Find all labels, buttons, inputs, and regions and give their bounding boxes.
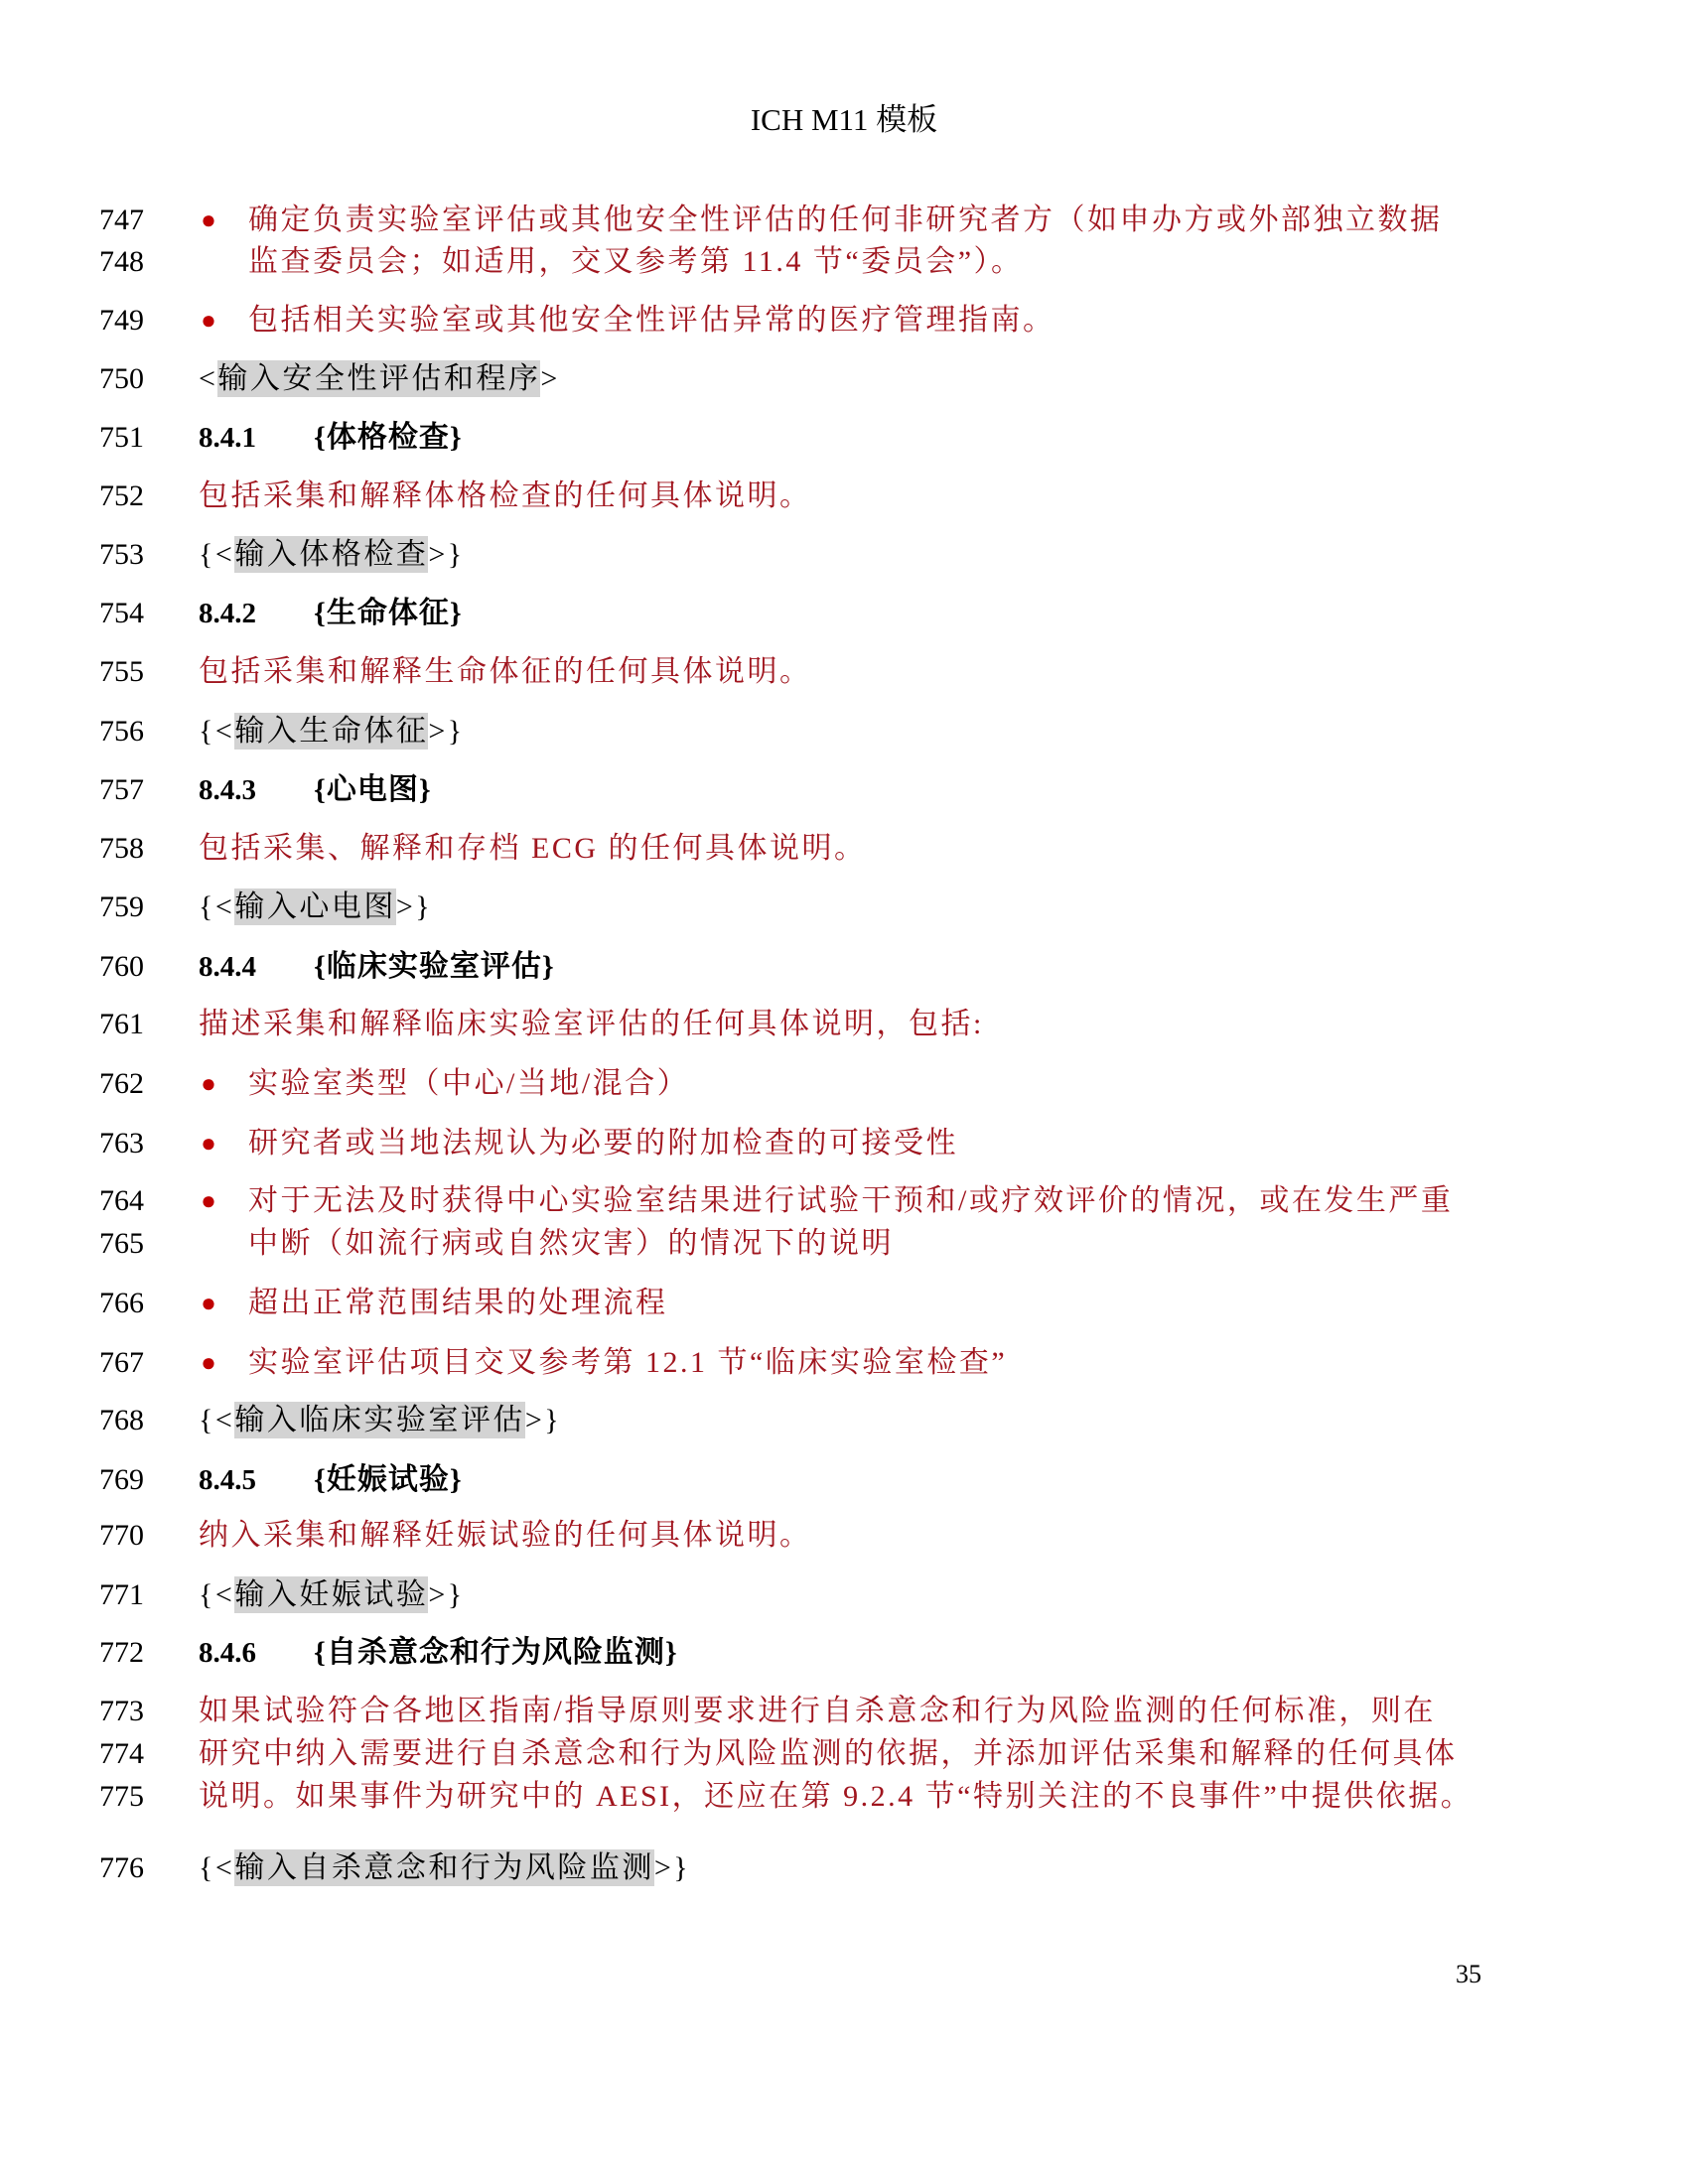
line-number: 761: [99, 1004, 169, 1045]
placeholder-text[interactable]: 输入安全性评估和程序: [217, 360, 540, 397]
bullet-text: 对于无法及时获得中心实验室结果进行试验干预和/或疗效评价的情况，或在发生严重: [248, 1180, 1453, 1222]
placeholder-open: {<: [199, 1404, 234, 1436]
instruction-text: 研究中纳入需要进行自杀意念和行为风险监测的依据，并添加评估采集和解释的任何具体: [199, 1733, 1458, 1775]
line-number: 775: [99, 1776, 169, 1818]
section-number: 8.4.1: [199, 417, 256, 459]
line-749: 749 ● 包括相关实验室或其他安全性评估异常的医疗管理指南。: [0, 300, 1688, 341]
page-header: ICH M11 模板: [0, 100, 1688, 140]
line-number: 749: [99, 300, 169, 341]
line-771: 771 {<输入妊娠试验>}: [0, 1574, 1688, 1616]
placeholder-close: >}: [525, 1404, 561, 1436]
line-number: 751: [99, 417, 169, 459]
line-number: 765: [99, 1223, 169, 1265]
line-762: 762 ● 实验室类型（中心/当地/混合）: [0, 1063, 1688, 1105]
line-number: 760: [99, 946, 169, 988]
line-number: 752: [99, 476, 169, 517]
line-765: 765 中断（如流行病或自然灾害）的情况下的说明: [0, 1223, 1688, 1265]
line-number: 754: [99, 593, 169, 634]
line-752: 752 包括采集和解释体格检查的任何具体说明。: [0, 476, 1688, 517]
line-number: 763: [99, 1123, 169, 1164]
line-number: 768: [99, 1400, 169, 1441]
bullet-text-continued: 中断（如流行病或自然灾害）的情况下的说明: [248, 1223, 894, 1265]
line-number: 776: [99, 1847, 169, 1889]
bullet-text: 包括相关实验室或其他安全性评估异常的医疗管理指南。: [248, 300, 1055, 341]
line-775: 775 说明。如果事件为研究中的 AESI，还应在第 9.2.4 节“特别关注的…: [0, 1776, 1688, 1818]
line-number: 773: [99, 1691, 169, 1732]
section-number: 8.4.2: [199, 593, 256, 634]
line-number: 755: [99, 651, 169, 693]
line-number: 772: [99, 1632, 169, 1674]
line-774: 774 研究中纳入需要进行自杀意念和行为风险监测的依据，并添加评估采集和解释的任…: [0, 1733, 1688, 1775]
line-766: 766 ● 超出正常范围结果的处理流程: [0, 1283, 1688, 1324]
line-759: 759 {<输入心电图>}: [0, 887, 1688, 928]
placeholder-close: >}: [428, 715, 464, 748]
bullet-icon: ●: [197, 1283, 220, 1324]
section-number: 8.4.5: [199, 1459, 256, 1501]
line-number: 759: [99, 887, 169, 928]
line-number: 750: [99, 358, 169, 400]
placeholder-close: >}: [428, 538, 464, 571]
instruction-text: 纳入采集和解释妊娠试验的任何具体说明。: [199, 1515, 812, 1557]
instruction-text: 描述采集和解释临床实验室评估的任何具体说明，包括:: [199, 1004, 984, 1045]
bullet-text: 确定负责实验室评估或其他安全性评估的任何非研究者方（如申办方或外部独立数据: [248, 200, 1443, 241]
line-number: 747: [99, 200, 169, 241]
placeholder-open: {<: [199, 1578, 234, 1611]
line-number: 767: [99, 1342, 169, 1384]
line-763: 763 ● 研究者或当地法规认为必要的附加检查的可接受性: [0, 1123, 1688, 1164]
placeholder-open: <: [199, 362, 217, 395]
line-748: 748 监查委员会；如适用，交叉参考第 11.4 节“委员会”）。: [0, 241, 1688, 283]
line-number: 762: [99, 1063, 169, 1105]
placeholder-text[interactable]: 输入临床实验室评估: [234, 1402, 525, 1438]
placeholder-open: {<: [199, 538, 234, 571]
bullet-text-continued: 监查委员会；如适用，交叉参考第 11.4 节“委员会”）。: [248, 241, 1024, 283]
placeholder-field[interactable]: <输入安全性评估和程序>: [199, 358, 560, 400]
line-753: 753 {<输入体格检查>}: [0, 534, 1688, 576]
placeholder-open: {<: [199, 715, 234, 748]
line-number: 753: [99, 534, 169, 576]
placeholder-field[interactable]: {<输入临床实验室评估>}: [199, 1400, 561, 1441]
placeholder-field[interactable]: {<输入体格检查>}: [199, 534, 465, 576]
placeholder-field[interactable]: {<输入心电图>}: [199, 887, 432, 928]
instruction-text: 包括采集和解释生命体征的任何具体说明。: [199, 651, 812, 693]
bullet-text: 实验室类型（中心/当地/混合）: [248, 1063, 689, 1105]
line-773: 773 如果试验符合各地区指南/指导原则要求进行自杀意念和行为风险监测的任何标准…: [0, 1691, 1688, 1732]
line-760: 760 8.4.4 {临床实验室评估}: [0, 946, 1688, 988]
line-769: 769 8.4.5 {妊娠试验}: [0, 1459, 1688, 1501]
placeholder-text[interactable]: 输入生命体征: [234, 713, 428, 750]
line-768: 768 {<输入临床实验室评估>}: [0, 1400, 1688, 1441]
section-title: {心电图}: [314, 769, 432, 811]
bullet-text: 研究者或当地法规认为必要的附加检查的可接受性: [248, 1123, 958, 1164]
placeholder-field[interactable]: {<输入妊娠试验>}: [199, 1574, 465, 1616]
placeholder-open: {<: [199, 1851, 234, 1884]
line-number: 756: [99, 711, 169, 752]
line-758: 758 包括采集、解释和存档 ECG 的任何具体说明。: [0, 828, 1688, 870]
placeholder-field[interactable]: {<输入自杀意念和行为风险监测>}: [199, 1847, 690, 1889]
line-754: 754 8.4.2 {生命体征}: [0, 593, 1688, 634]
section-title: {自杀意念和行为风险监测}: [314, 1632, 678, 1674]
line-number: 748: [99, 241, 169, 283]
placeholder-open: {<: [199, 890, 234, 923]
instruction-text: 包括采集和解释体格检查的任何具体说明。: [199, 476, 812, 517]
line-number: 758: [99, 828, 169, 870]
placeholder-close: >: [540, 362, 559, 395]
line-number: 769: [99, 1459, 169, 1501]
placeholder-text[interactable]: 输入体格检查: [234, 536, 428, 573]
instruction-text: 包括采集、解释和存档 ECG 的任何具体说明。: [199, 828, 867, 870]
instruction-text: 说明。如果事件为研究中的 AESI，还应在第 9.2.4 节“特别关注的不良事件…: [199, 1776, 1473, 1818]
line-776: 776 {<输入自杀意念和行为风险监测>}: [0, 1847, 1688, 1889]
page-number: 35: [1456, 1958, 1481, 1991]
line-755: 755 包括采集和解释生命体征的任何具体说明。: [0, 651, 1688, 693]
placeholder-text[interactable]: 输入自杀意念和行为风险监测: [234, 1849, 654, 1886]
bullet-icon: ●: [197, 1123, 220, 1164]
section-number: 8.4.6: [199, 1632, 256, 1674]
section-title: {体格检查}: [314, 417, 463, 459]
line-number: 774: [99, 1733, 169, 1775]
line-number: 757: [99, 769, 169, 811]
line-751: 751 8.4.1 {体格检查}: [0, 417, 1688, 459]
line-761: 761 描述采集和解释临床实验室评估的任何具体说明，包括:: [0, 1004, 1688, 1045]
section-number: 8.4.3: [199, 769, 256, 811]
bullet-icon: ●: [197, 1342, 220, 1384]
placeholder-field[interactable]: {<输入生命体征>}: [199, 711, 465, 752]
line-750: 750 <输入安全性评估和程序>: [0, 358, 1688, 400]
line-number: 771: [99, 1574, 169, 1616]
line-756: 756 {<输入生命体征>}: [0, 711, 1688, 752]
section-title: {妊娠试验}: [314, 1459, 463, 1501]
placeholder-text[interactable]: 输入妊娠试验: [234, 1576, 428, 1613]
line-number: 770: [99, 1515, 169, 1557]
section-title: {生命体征}: [314, 593, 463, 634]
line-757: 757 8.4.3 {心电图}: [0, 769, 1688, 811]
placeholder-close: >}: [396, 890, 432, 923]
bullet-icon: ●: [197, 200, 220, 241]
instruction-text: 如果试验符合各地区指南/指导原则要求进行自杀意念和行为风险监测的任何标准，则在: [199, 1691, 1436, 1732]
bullet-icon: ●: [197, 300, 220, 341]
line-767: 767 ● 实验室评估项目交叉参考第 12.1 节“临床实验室检查”: [0, 1342, 1688, 1384]
placeholder-close: >}: [654, 1851, 690, 1884]
line-number: 766: [99, 1283, 169, 1324]
placeholder-close: >}: [428, 1578, 464, 1611]
line-770: 770 纳入采集和解释妊娠试验的任何具体说明。: [0, 1515, 1688, 1557]
bullet-text: 超出正常范围结果的处理流程: [248, 1283, 668, 1324]
bullet-icon: ●: [197, 1063, 220, 1105]
bullet-icon: ●: [197, 1180, 220, 1222]
placeholder-text[interactable]: 输入心电图: [234, 888, 396, 925]
bullet-text: 实验室评估项目交叉参考第 12.1 节“临床实验室检查”: [248, 1342, 1007, 1384]
section-title: {临床实验室评估}: [314, 946, 555, 988]
line-number: 764: [99, 1180, 169, 1222]
line-772: 772 8.4.6 {自杀意念和行为风险监测}: [0, 1632, 1688, 1674]
line-747: 747 ● 确定负责实验室评估或其他安全性评估的任何非研究者方（如申办方或外部独…: [0, 200, 1688, 241]
section-number: 8.4.4: [199, 946, 256, 988]
line-764: 764 ● 对于无法及时获得中心实验室结果进行试验干预和/或疗效评价的情况，或在…: [0, 1180, 1688, 1222]
